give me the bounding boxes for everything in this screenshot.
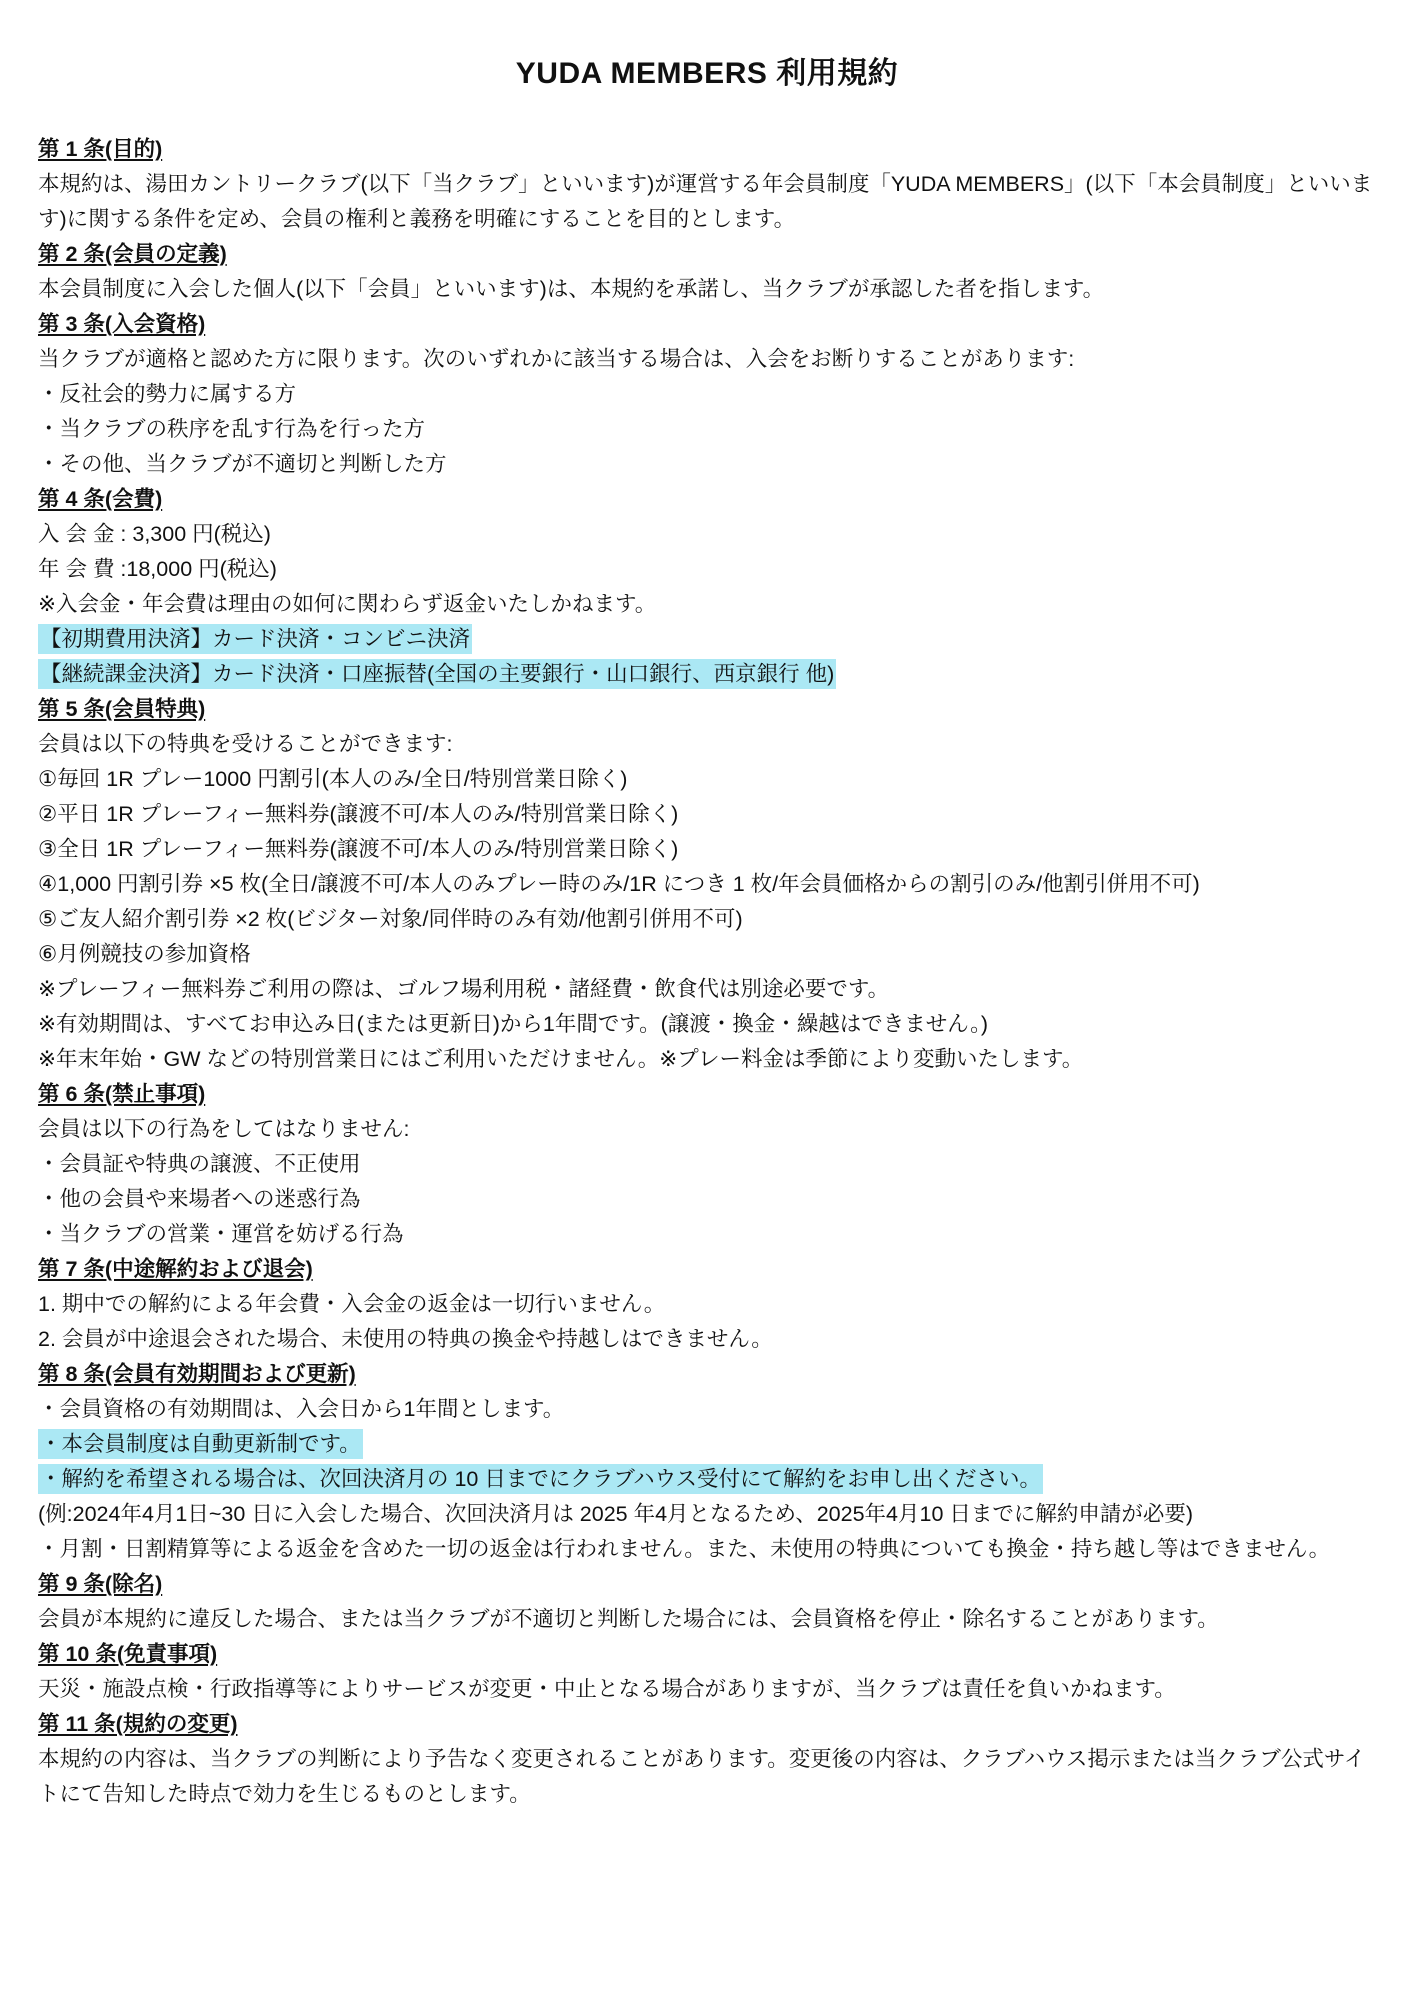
paragraph: 2. 会員が中途退会された場合、未使用の特典の換金や持越しはできません。	[38, 1322, 1376, 1357]
paragraph: 本会員制度に入会した個人(以下「会員」といいます)は、本規約を承諾し、当クラブが…	[38, 272, 1376, 307]
highlighted-text: ・解約を希望される場合は、次回決済月の 10 日までにクラブハウス受付にて解約を…	[38, 1464, 1043, 1494]
paragraph: 会員は以下の特典を受けることができます:	[38, 727, 1376, 762]
paragraph: ※入会金・年会費は理由の如何に関わらず返金いたしかねます。	[38, 587, 1376, 622]
paragraph: ・その他、当クラブが不適切と判断した方	[38, 447, 1376, 482]
section-heading: 第 4 条(会費)	[38, 482, 1376, 517]
section-heading: 第 7 条(中途解約および退会)	[38, 1252, 1376, 1287]
paragraph: 天災・施設点検・行政指導等によりサービスが変更・中止となる場合がありますが、当ク…	[38, 1672, 1376, 1707]
section-heading: 第 8 条(会員有効期間および更新)	[38, 1357, 1376, 1392]
paragraph: ※年末年始・GW などの特別営業日にはご利用いただけません。※プレー料金は季節に…	[38, 1042, 1376, 1077]
paragraph: 入 会 金 : 3,300 円(税込)	[38, 517, 1376, 552]
paragraph: 当クラブが適格と認めた方に限ります。次のいずれかに該当する場合は、入会をお断りす…	[38, 342, 1376, 377]
section-heading: 第 5 条(会員特典)	[38, 692, 1376, 727]
paragraph: ①毎回 1R プレー1000 円割引(本人のみ/全日/特別営業日除く)	[38, 762, 1376, 797]
paragraph: ・会員証や特典の譲渡、不正使用	[38, 1147, 1376, 1182]
paragraph: ・月割・日割精算等による返金を含めた一切の返金は行われません。また、未使用の特典…	[38, 1532, 1376, 1567]
paragraph: ・会員資格の有効期間は、入会日から1年間とします。	[38, 1392, 1376, 1427]
paragraph: ※プレーフィー無料券ご利用の際は、ゴルフ場利用税・諸経費・飲食代は別途必要です。	[38, 972, 1376, 1007]
paragraph: ⑤ご友人紹介割引券 ×2 枚(ビジター対象/同伴時のみ有効/他割引併用不可)	[38, 902, 1376, 937]
paragraph: 本規約の内容は、当クラブの判断により予告なく変更されることがあります。変更後の内…	[38, 1742, 1376, 1812]
paragraph: ⑥月例競技の参加資格	[38, 937, 1376, 972]
paragraph: 会員が本規約に違反した場合、または当クラブが不適切と判断した場合には、会員資格を…	[38, 1602, 1376, 1637]
paragraph: ・当クラブの秩序を乱す行為を行った方	[38, 412, 1376, 447]
highlighted-text: 【初期費用決済】カード決済・コンビニ決済	[38, 624, 472, 654]
paragraph: ・他の会員や来場者への迷惑行為	[38, 1182, 1376, 1217]
page-title: YUDA MEMBERS 利用規約	[38, 48, 1376, 92]
section-heading: 第 10 条(免責事項)	[38, 1637, 1376, 1672]
paragraph: ②平日 1R プレーフィー無料券(譲渡不可/本人のみ/特別営業日除く)	[38, 797, 1376, 832]
paragraph: 1. 期中での解約による年会費・入会金の返金は一切行いません。	[38, 1287, 1376, 1322]
paragraph: ・当クラブの営業・運営を妨げる行為	[38, 1217, 1376, 1252]
highlighted-text: 【継続課金決済】カード決済・口座振替(全国の主要銀行・山口銀行、西京銀行 他)	[38, 659, 836, 689]
section-heading: 第 3 条(入会資格)	[38, 307, 1376, 342]
terms-document: YUDA MEMBERS 利用規約 第 1 条(目的)本規約は、湯田カントリーク…	[0, 0, 1414, 2000]
document-body: 第 1 条(目的)本規約は、湯田カントリークラブ(以下「当クラブ」といいます)が…	[38, 132, 1376, 1812]
paragraph: 【初期費用決済】カード決済・コンビニ決済	[38, 622, 1376, 657]
paragraph: ・解約を希望される場合は、次回決済月の 10 日までにクラブハウス受付にて解約を…	[38, 1462, 1376, 1497]
highlighted-text: ・本会員制度は自動更新制です。	[38, 1429, 363, 1459]
paragraph: ③全日 1R プレーフィー無料券(譲渡不可/本人のみ/特別営業日除く)	[38, 832, 1376, 867]
paragraph: ④1,000 円割引券 ×5 枚(全日/譲渡不可/本人のみプレー時のみ/1R に…	[38, 867, 1376, 902]
paragraph: ※有効期間は、すべてお申込み日(または更新日)から1年間です。(譲渡・換金・繰越…	[38, 1007, 1376, 1042]
paragraph: 年 会 費 :18,000 円(税込)	[38, 552, 1376, 587]
section-heading: 第 9 条(除名)	[38, 1567, 1376, 1602]
paragraph: 会員は以下の行為をしてはなりません:	[38, 1112, 1376, 1147]
section-heading: 第 11 条(規約の変更)	[38, 1707, 1376, 1742]
paragraph: ・反社会的勢力に属する方	[38, 377, 1376, 412]
paragraph: 本規約は、湯田カントリークラブ(以下「当クラブ」といいます)が運営する年会員制度…	[38, 167, 1376, 237]
paragraph: (例:2024年4月1日~30 日に入会した場合、次回決済月は 2025 年4月…	[38, 1497, 1376, 1532]
section-heading: 第 6 条(禁止事項)	[38, 1077, 1376, 1112]
paragraph: 【継続課金決済】カード決済・口座振替(全国の主要銀行・山口銀行、西京銀行 他)	[38, 657, 1376, 692]
section-heading: 第 2 条(会員の定義)	[38, 237, 1376, 272]
section-heading: 第 1 条(目的)	[38, 132, 1376, 167]
paragraph: ・本会員制度は自動更新制です。	[38, 1427, 1376, 1462]
